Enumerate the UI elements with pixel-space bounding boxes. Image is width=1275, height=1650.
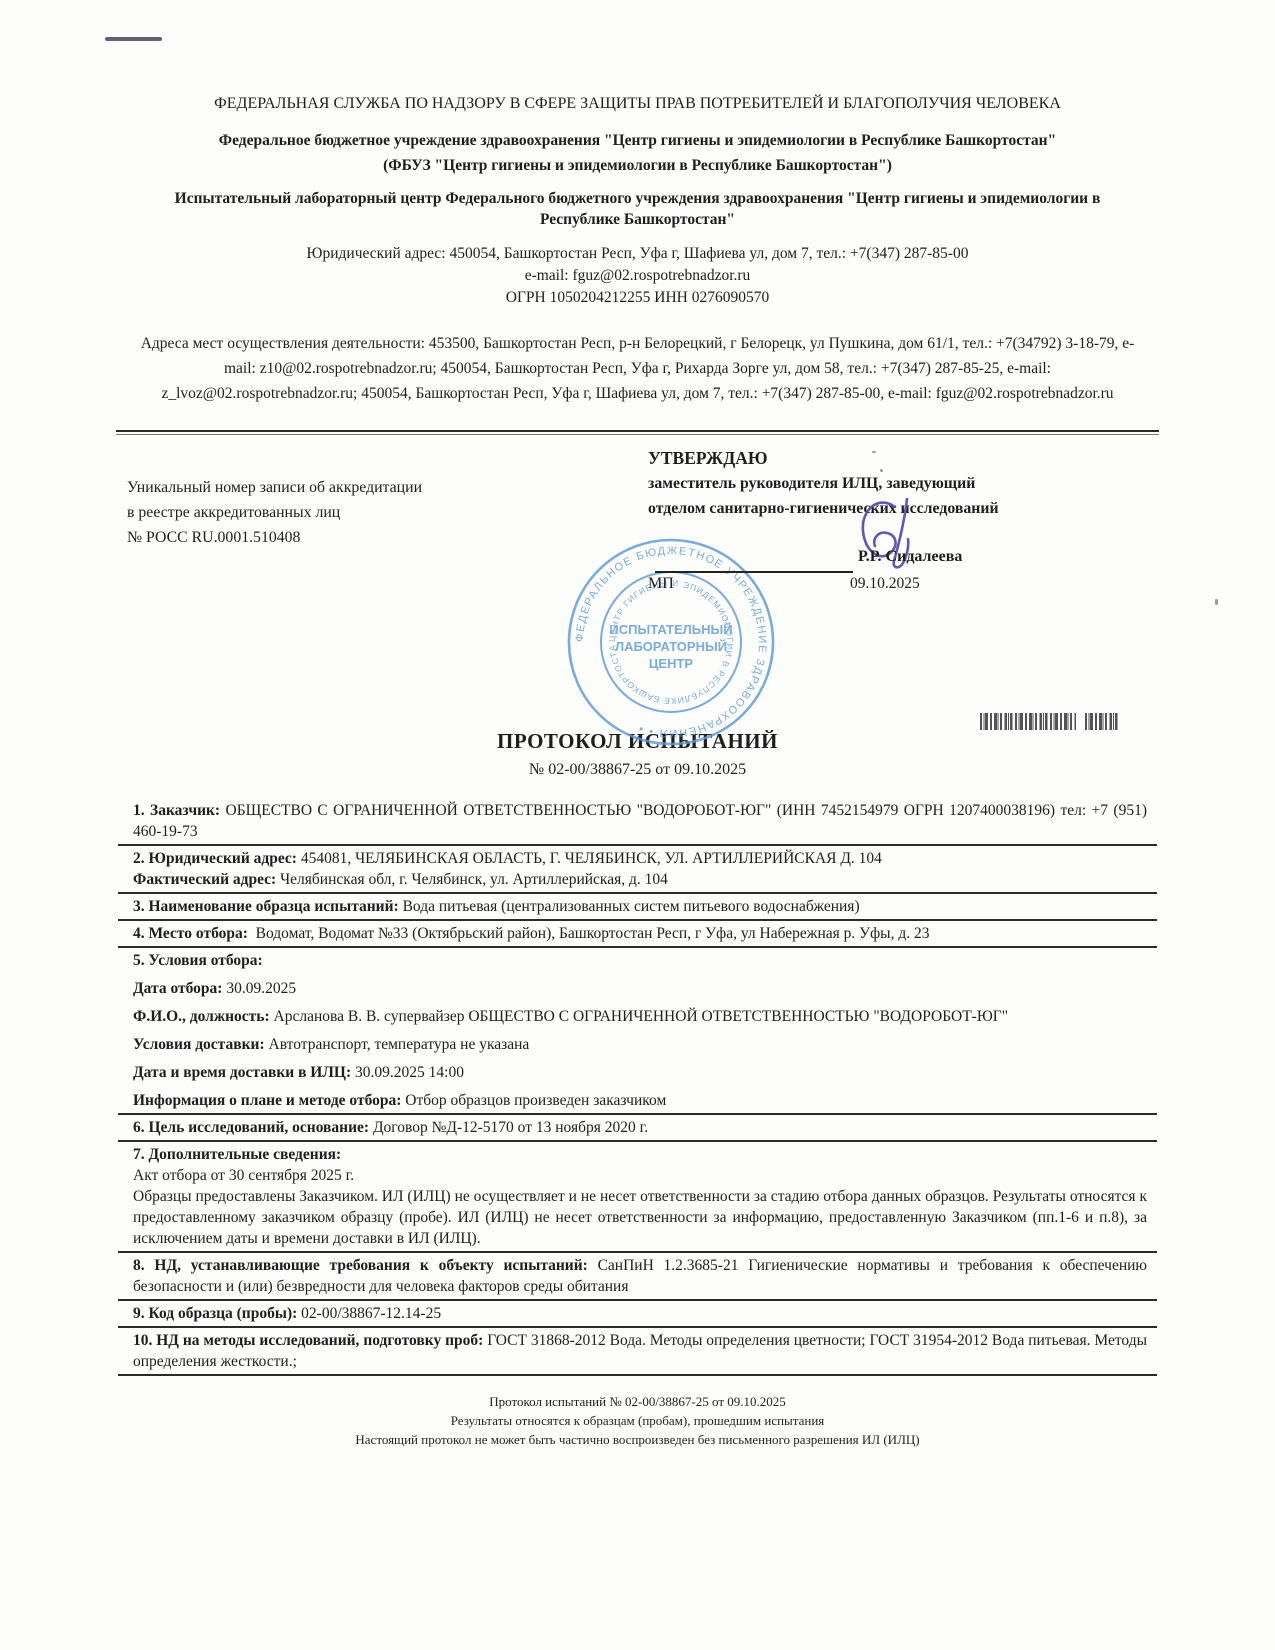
field-additional-info-text: Образцы предоставлены Заказчиком. ИЛ (ИЛ… <box>118 1186 1157 1249</box>
field-value: 02-00/38867-12.14-25 <box>301 1305 441 1322</box>
field-label: 5. Условия отбора: <box>133 952 263 969</box>
field-divider <box>118 892 1157 894</box>
organization-short-name: (ФБУЗ "Центр гигиены и эпидемиологии в Р… <box>143 155 1133 176</box>
field-value: Водомат, Водомат №33 (Октябрьский район)… <box>256 925 930 942</box>
activity-addresses: Адреса мест осуществления деятельности: … <box>130 331 1145 406</box>
field-value: ОБЩЕСТВО С ОГРАНИЧЕННОЙ ОТВЕТСТВЕННОСТЬЮ… <box>133 802 1147 840</box>
scan-corner-mark <box>105 37 162 41</box>
scan-speck <box>872 451 876 453</box>
field-value: 30.09.2025 14:00 <box>355 1064 464 1081</box>
field-label: Ф.И.О., должность: <box>133 1008 270 1025</box>
field-additional-info-head: 7. Дополнительные сведения: <box>118 1144 1157 1165</box>
accreditation-line: Уникальный номер записи об аккредитации <box>127 475 422 500</box>
field-divider <box>118 919 1157 921</box>
field-label: 6. Цель исследований, основание: <box>133 1119 369 1136</box>
stamp-center-line: ИСПЫТАТЕЛЬНЫЙ <box>609 622 732 637</box>
field-methods-nd: 10. НД на методы исследований, подготовк… <box>118 1330 1157 1372</box>
mp-label: МП <box>648 575 674 593</box>
field-value: Челябинская обл, г. Челябинск, ул. Артил… <box>280 871 668 888</box>
federal-service-name: ФЕДЕРАЛЬНАЯ СЛУЖБА ПО НАДЗОРУ В СФЕРЕ ЗА… <box>138 0 1138 114</box>
stamp-center-line: ЦЕНТР <box>649 656 693 671</box>
scan-speck <box>880 469 883 472</box>
field-label: Дата отбора: <box>133 980 222 997</box>
organization-full-name: Федеральное бюджетное учреждение здравоо… <box>143 130 1133 151</box>
field-label: 1. Заказчик: <box>133 802 220 819</box>
signer-name: Р.Р. Сидалеева <box>858 548 962 566</box>
field-divider <box>118 1326 1157 1328</box>
field-sampling-place: 4. Место отбора: Водомат, Водомат №33 (О… <box>118 923 1157 944</box>
field-delivery-conditions: Условия доставки: Автотранспорт, темпера… <box>118 1034 1157 1055</box>
legal-address-block: Юридический адрес: 450054, Башкортостан … <box>133 243 1143 309</box>
field-divider <box>118 1299 1157 1301</box>
field-value: Вода питьевая (централизованных систем п… <box>403 898 860 915</box>
field-label: 8. НД, устанавливающие требования к объе… <box>133 1257 588 1274</box>
field-label: 10. НД на методы исследований, подготовк… <box>133 1332 483 1349</box>
footer-reproduction-note: Настоящий протокол не может быть частичн… <box>0 1430 1275 1449</box>
round-stamp: ФЕДЕРАЛЬНОЕ БЮДЖЕТНОЕ УЧРЕЖДЕНИЕ ЗДРАВОО… <box>565 536 777 748</box>
field-value: Договор №Д-12-5170 от 13 ноября 2020 г. <box>373 1119 648 1136</box>
stamp-center-line: ЛАБОРАТОРНЫЙ <box>615 639 727 654</box>
approval-date: 09.10.2025 <box>850 575 920 593</box>
field-value: Арсланова В. В. супервайзер ОБЩЕСТВО С О… <box>274 1008 1009 1025</box>
accreditation-line: в реестре аккредитованных лиц <box>127 500 422 525</box>
field-sampling-date: Дата отбора: 30.09.2025 <box>118 978 1157 999</box>
footer-results-note: Результаты относятся к образцам (пробам)… <box>0 1411 1275 1430</box>
signature-line <box>655 571 853 573</box>
page-footer: Протокол испытаний № 02-00/38867-25 от 0… <box>0 1392 1275 1449</box>
barcode <box>980 713 1118 730</box>
accreditation-number: № РОСС RU.0001.510408 <box>127 525 422 550</box>
field-sample-code: 9. Код образца (пробы): 02-00/38867-12.1… <box>118 1303 1157 1324</box>
field-divider <box>118 844 1157 846</box>
laboratory-center-name: Испытательный лабораторный центр Федерал… <box>138 188 1138 230</box>
field-actual-address: Фактический адрес: Челябинская обл, г. Ч… <box>118 869 1157 890</box>
field-sampler-fio: Ф.И.О., должность: Арсланова В. В. супер… <box>118 1006 1157 1027</box>
field-research-purpose: 6. Цель исследований, основание: Договор… <box>118 1117 1157 1138</box>
field-sample-name: 3. Наименование образца испытаний: Вода … <box>118 896 1157 917</box>
field-divider <box>118 1113 1157 1115</box>
field-label: 7. Дополнительные сведения: <box>133 1146 341 1163</box>
field-value: 454081, ЧЕЛЯБИНСКАЯ ОБЛАСТЬ, Г. ЧЕЛЯБИНС… <box>301 850 882 867</box>
field-sampling-plan-info: Информация о плане и методе отбора: Отбо… <box>118 1090 1157 1111</box>
field-divider <box>118 946 1157 948</box>
field-label: 3. Наименование образца испытаний: <box>133 898 399 915</box>
protocol-number-line: № 02-00/38867-25 от 09.10.2025 <box>0 759 1275 780</box>
field-label: Информация о плане и методе отбора: <box>133 1092 401 1109</box>
field-customer: 1. Заказчик: ОБЩЕСТВО С ОГРАНИЧЕННОЙ ОТВ… <box>118 800 1157 842</box>
field-divider <box>118 1374 1157 1376</box>
field-legal-address: 2. Юридический адрес: 454081, ЧЕЛЯБИНСКА… <box>118 848 1157 869</box>
field-sampling-conditions-head: 5. Условия отбора: <box>118 950 1157 971</box>
legal-address: Юридический адрес: 450054, Башкортостан … <box>133 243 1143 265</box>
scan-speck <box>1215 599 1218 605</box>
field-label: 2. Юридический адрес: <box>133 850 297 867</box>
approval-zone: Уникальный номер записи об аккредитации … <box>60 435 1215 735</box>
ogrn-inn-line: ОГРН 1050204212255 ИНН 0276090570 <box>133 287 1143 309</box>
accreditation-block: Уникальный номер записи об аккредитации … <box>127 475 422 550</box>
field-sampling-act: Акт отбора от 30 сентября 2025 г. <box>118 1165 1157 1186</box>
field-label: 9. Код образца (пробы): <box>133 1305 297 1322</box>
signature-ink <box>775 493 975 581</box>
field-value: Автотранспорт, температура не указана <box>269 1036 530 1053</box>
field-value: 30.09.2025 <box>226 980 296 997</box>
field-divider <box>118 1140 1157 1142</box>
approval-title: УТВЕРЖДАЮ <box>648 445 999 471</box>
document-header: ФЕДЕРАЛЬНАЯ СЛУЖБА ПО НАДЗОРУ В СФЕРЕ ЗА… <box>0 0 1275 406</box>
footer-protocol-number: Протокол испытаний № 02-00/38867-25 от 0… <box>0 1392 1275 1411</box>
field-label: 4. Место отбора: <box>133 925 248 942</box>
field-delivery-datetime: Дата и время доставки в ИЛЦ: 30.09.2025 … <box>118 1062 1157 1083</box>
field-divider <box>118 1251 1157 1253</box>
field-requirements-nd: 8. НД, устанавливающие требования к объе… <box>118 1255 1157 1297</box>
field-label: Дата и время доставки в ИЛЦ: <box>133 1064 351 1081</box>
field-label: Условия доставки: <box>133 1036 265 1053</box>
protocol-fields: 1. Заказчик: ОБЩЕСТВО С ОГРАНИЧЕННОЙ ОТВ… <box>118 800 1157 1376</box>
field-value: Отбор образцов произведен заказчиком <box>405 1092 666 1109</box>
email-line: e-mail: fguz@02.rospotrebnadzor.ru <box>133 265 1143 287</box>
field-label: Фактический адрес: <box>133 871 276 888</box>
scanned-protocol-page: ФЕДЕРАЛЬНАЯ СЛУЖБА ПО НАДЗОРУ В СФЕРЕ ЗА… <box>0 0 1275 1650</box>
